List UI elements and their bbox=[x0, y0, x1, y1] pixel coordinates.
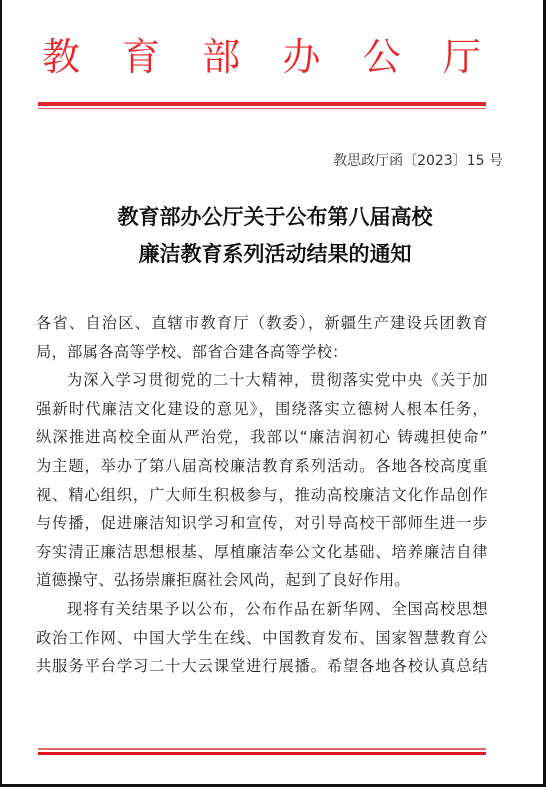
masthead-char: 公 bbox=[359, 26, 405, 81]
masthead-issuer: 教 育 部 办 公 厅 bbox=[38, 30, 485, 76]
notice-title-line-1: 教育部办公厅关于公布第八届高校 bbox=[2, 201, 546, 231]
masthead-char: 教 bbox=[38, 26, 84, 81]
addressee-line: 局，部属各高等学校、部省合建各高等学校： bbox=[36, 338, 488, 367]
masthead-char: 厅 bbox=[439, 26, 485, 81]
header-red-rule-thin bbox=[38, 108, 486, 109]
paragraph-line: 夯实清正廉洁思想根基、厚植廉洁奉公文化基础、培养廉洁自律 bbox=[36, 538, 488, 567]
masthead-char: 育 bbox=[118, 26, 164, 81]
paragraph-line: 道德操守、弘扬崇廉拒腐社会风尚，起到了良好作用。 bbox=[36, 566, 488, 595]
masthead-char: 办 bbox=[279, 26, 325, 81]
notice-title-line-2: 廉洁教育系列活动结果的通知 bbox=[2, 238, 546, 268]
document-number: 教思政厅函〔2023〕15 号 bbox=[333, 150, 503, 170]
paragraph-line: 与传播，促进廉洁知识学习和宣传，对引导高校干部师生进一步 bbox=[36, 509, 488, 538]
paragraph-line: 为深入学习贯彻党的二十大精神，贯彻落实党中央《关于加 bbox=[36, 366, 488, 395]
notice-body: 各省、自治区、直辖市教育厅（教委），新疆生产建设兵团教育 局，部属各高等学校、部… bbox=[36, 309, 488, 681]
footer-red-rule-thick bbox=[38, 752, 486, 755]
footer-red-rule-thin bbox=[38, 748, 486, 750]
paragraph-line: 为主题，举办了第八届高校廉洁教育系列活动。各地各校高度重 bbox=[36, 452, 488, 481]
addressee-line: 各省、自治区、直辖市教育厅（教委），新疆生产建设兵团教育 bbox=[36, 309, 488, 338]
paragraph-line: 现将有关结果予以公布，公布作品在新华网、全国高校思想 bbox=[36, 595, 488, 624]
document-page: 教 育 部 办 公 厅 教思政厅函〔2023〕15 号 教育部办公厅关于公布第八… bbox=[0, 0, 546, 787]
masthead-char: 部 bbox=[198, 26, 244, 81]
paragraph-line: 共服务平台学习二十大云课堂进行展播。希望各地各校认真总结 bbox=[36, 652, 488, 681]
paragraph-line: 纵深推进高校全面从严治党，我部以“廉洁润初心 铸魂担使命” bbox=[36, 423, 488, 452]
header-red-rule-thick bbox=[38, 102, 486, 106]
paragraph-line: 政治工作网、中国大学生在线、中国教育发布、国家智慧教育公 bbox=[36, 624, 488, 653]
paragraph-line: 视、精心组织，广大师生积极参与，推动高校廉洁文化作品创作 bbox=[36, 481, 488, 510]
paragraph-line: 强新时代廉洁文化建设的意见》，围绕落实立德树人根本任务， bbox=[36, 395, 488, 424]
